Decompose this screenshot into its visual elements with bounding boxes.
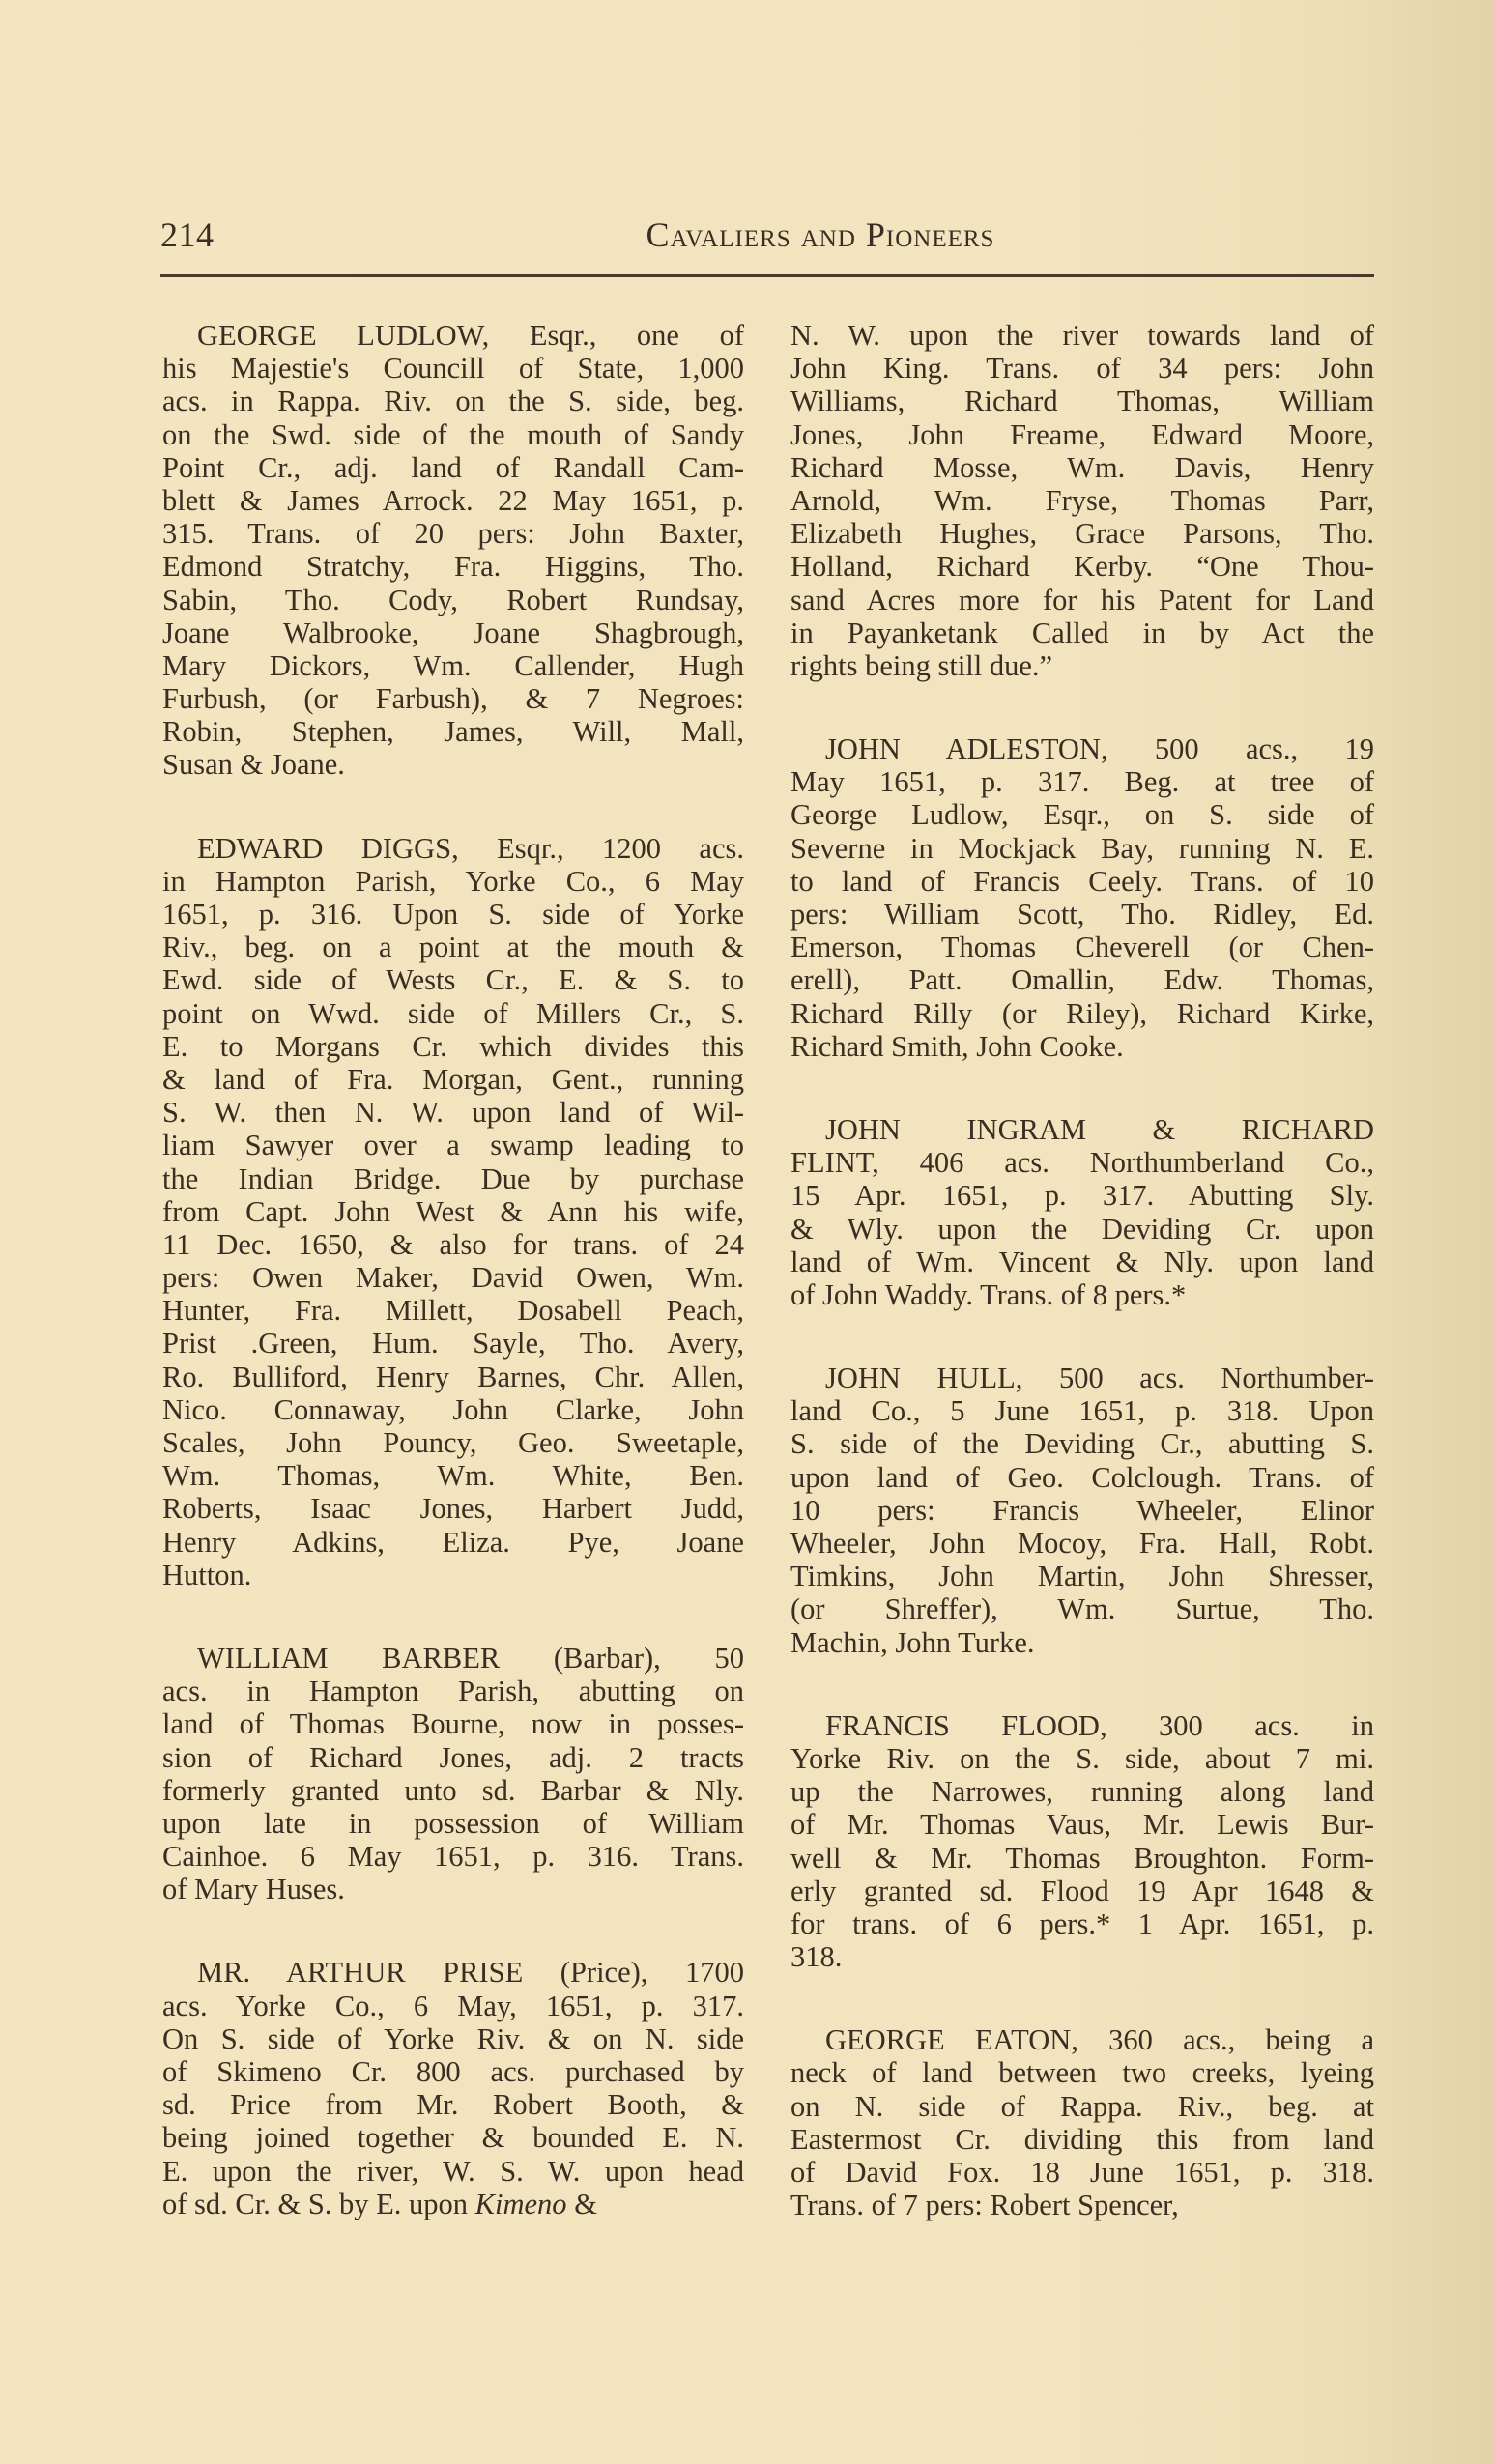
text-line: Robin, Stephen, James, Will, Mall, — [162, 715, 744, 748]
italic-place-name: Kimeno — [475, 2188, 567, 2220]
text-line: erly granted sd. Flood 19 Apr 1648 & — [790, 1875, 1374, 1907]
left-column: GEORGE LUDLOW, Esqr., one ofhis Majestie… — [162, 319, 744, 2271]
text-line: Machin, John Turke. — [790, 1626, 1374, 1659]
text-line: JOHN INGRAM & RICHARD — [790, 1113, 1374, 1146]
text-line: 1651, p. 316. Upon S. side of Yorke — [162, 898, 744, 931]
patent-entry: GEORGE LUDLOW, Esqr., one ofhis Majestie… — [162, 319, 744, 782]
text-line: acs. in Rappa. Riv. on the S. side, beg. — [162, 385, 744, 417]
text-line: FRANCIS FLOOD, 300 acs. in — [790, 1709, 1374, 1742]
text-line: Prist .Green, Hum. Sayle, Tho. Avery, — [162, 1327, 744, 1360]
patent-entry: JOHN HULL, 500 acs. Northumber-land Co.,… — [790, 1361, 1374, 1659]
text-line: of sd. Cr. & S. by E. upon Kimeno & — [162, 2188, 744, 2220]
text-line: up the Narrowes, running along land — [790, 1775, 1374, 1808]
text-line: from Capt. John West & Ann his wife, — [162, 1195, 744, 1228]
patent-entry: GEORGE EATON, 360 acs., being aneck of l… — [790, 2023, 1374, 2221]
text-line: his Majestie's Councill of State, 1,000 — [162, 352, 744, 385]
patent-entry: MR. ARTHUR PRISE (Price), 1700acs. Yorke… — [162, 1956, 744, 2220]
text-line: On S. side of Yorke Riv. & on N. side — [162, 2022, 744, 2055]
text-line: 11 Dec. 1650, & also for trans. of 24 — [162, 1228, 744, 1261]
text-line: E. to Morgans Cr. which divides this — [162, 1030, 744, 1063]
patent-entry: JOHN INGRAM & RICHARDFLINT, 406 acs. Nor… — [790, 1113, 1374, 1311]
text-line: land of Wm. Vincent & Nly. upon land — [790, 1246, 1374, 1278]
text-line: acs. Yorke Co., 6 May, 1651, p. 317. — [162, 1990, 744, 2022]
patent-entry: N. W. upon the river towards land ofJohn… — [790, 319, 1374, 682]
text-line: Cainhoe. 6 May 1651, p. 316. Trans. — [162, 1840, 744, 1873]
text-line: formerly granted unto sd. Barbar & Nly. — [162, 1774, 744, 1807]
text-line: E. upon the river, W. S. W. upon head — [162, 2155, 744, 2188]
text-line: Richard Mosse, Wm. Davis, Henry — [790, 451, 1374, 484]
text-line: upon land of Geo. Colclough. Trans. of — [790, 1461, 1374, 1494]
text-line: Trans. of 7 pers: Robert Spencer, — [790, 2189, 1374, 2221]
text-line: EDWARD DIGGS, Esqr., 1200 acs. — [162, 832, 744, 865]
text-line: being joined together & bounded E. N. — [162, 2121, 744, 2154]
text-line: WILLIAM BARBER (Barbar), 50 — [162, 1642, 744, 1675]
text-line: Holland, Richard Kerby. “One Thou- — [790, 550, 1374, 583]
text-line: blett & James Arrock. 22 May 1651, p. — [162, 484, 744, 517]
text-line: to land of Francis Ceely. Trans. of 10 — [790, 865, 1374, 898]
text-line: the Indian Bridge. Due by purchase — [162, 1162, 744, 1195]
text-line: Wm. Thomas, Wm. White, Ben. — [162, 1459, 744, 1492]
text-line: S. W. then N. W. upon land of Wil- — [162, 1096, 744, 1129]
text-line: Roberts, Isaac Jones, Harbert Judd, — [162, 1492, 744, 1525]
text-line: John King. Trans. of 34 pers: John — [790, 352, 1374, 385]
text-line: May 1651, p. 317. Beg. at tree of — [790, 765, 1374, 798]
text-line: Arnold, Wm. Fryse, Thomas Parr, — [790, 484, 1374, 517]
text-line: upon late in possession of William — [162, 1807, 744, 1840]
text-line: on the Swd. side of the mouth of Sandy — [162, 418, 744, 451]
text-line: for trans. of 6 pers.* 1 Apr. 1651, p. — [790, 1907, 1374, 1940]
text-line: erell), Patt. Omallin, Edw. Thomas, — [790, 963, 1374, 996]
patent-entry: FRANCIS FLOOD, 300 acs. inYorke Riv. on … — [790, 1709, 1374, 1974]
text-line: Hutton. — [162, 1559, 744, 1591]
text-line: Wheeler, John Mocoy, Fra. Hall, Robt. — [790, 1527, 1374, 1560]
text-line: of John Waddy. Trans. of 8 pers.* — [790, 1278, 1374, 1311]
text-line: N. W. upon the river towards land of — [790, 319, 1374, 352]
text-line: acs. in Hampton Parish, abutting on — [162, 1675, 744, 1707]
text-line: Williams, Richard Thomas, William — [790, 385, 1374, 417]
text-line: Jones, John Freame, Edward Moore, — [790, 418, 1374, 451]
text-line: Susan & Joane. — [162, 748, 744, 781]
patent-entry: JOHN ADLESTON, 500 acs., 19May 1651, p. … — [790, 732, 1374, 1063]
text-line: Severne in Mockjack Bay, running N. E. — [790, 832, 1374, 865]
text-line: land of Thomas Bourne, now in posses- — [162, 1707, 744, 1740]
text-line: Mary Dickors, Wm. Callender, Hugh — [162, 649, 744, 682]
text-line: Edmond Stratchy, Fra. Higgins, Tho. — [162, 550, 744, 583]
patent-entry: WILLIAM BARBER (Barbar), 50acs. in Hampt… — [162, 1642, 744, 1906]
text-line: GEORGE EATON, 360 acs., being a — [790, 2023, 1374, 2056]
text-line: Henry Adkins, Eliza. Pye, Joane — [162, 1526, 744, 1559]
text-line: sion of Richard Jones, adj. 2 tracts — [162, 1741, 744, 1774]
text-line: Point Cr., adj. land of Randall Cam- — [162, 451, 744, 484]
text-line: sand Acres more for his Patent for Land — [790, 584, 1374, 616]
text-line: GEORGE LUDLOW, Esqr., one of — [162, 319, 744, 352]
text-line: well & Mr. Thomas Broughton. Form- — [790, 1842, 1374, 1875]
text-line: neck of land between two creeks, lyeing — [790, 2056, 1374, 2089]
text-line: of Skimeno Cr. 800 acs. purchased by — [162, 2055, 744, 2088]
text-line: Riv., beg. on a point at the mouth & — [162, 931, 744, 963]
text-line: Nico. Connaway, John Clarke, John — [162, 1393, 744, 1426]
right-column: N. W. upon the river towards land ofJohn… — [790, 319, 1374, 2272]
text-line: Ro. Bulliford, Henry Barnes, Chr. Allen, — [162, 1361, 744, 1393]
text-line: JOHN HULL, 500 acs. Northumber- — [790, 1361, 1374, 1394]
text-line: Sabin, Tho. Cody, Robert Rundsay, — [162, 584, 744, 616]
text-line: George Ludlow, Esqr., on S. side of — [790, 798, 1374, 831]
text-line: Elizabeth Hughes, Grace Parsons, Tho. — [790, 517, 1374, 550]
text-line: 315. Trans. of 20 pers: John Baxter, — [162, 517, 744, 550]
text-run: of sd. Cr. & S. by E. upon — [162, 2188, 475, 2220]
text-line: & Wly. upon the Deviding Cr. upon — [790, 1213, 1374, 1246]
text-line: Eastermost Cr. dividing this from land — [790, 2123, 1374, 2156]
text-line: 10 pers: Francis Wheeler, Elinor — [790, 1494, 1374, 1527]
text-line: of Mary Huses. — [162, 1873, 744, 1905]
text-line: Scales, John Pouncy, Geo. Sweetaple, — [162, 1426, 744, 1459]
text-line: (or Shreffer), Wm. Surtue, Tho. — [790, 1592, 1374, 1625]
text-line: sd. Price from Mr. Robert Booth, & — [162, 2088, 744, 2121]
text-line: 318. — [790, 1940, 1374, 1973]
text-line: MR. ARTHUR PRISE (Price), 1700 — [162, 1956, 744, 1989]
text-line: point on Wwd. side of Millers Cr., S. — [162, 997, 744, 1030]
text-line: S. side of the Deviding Cr., abutting S. — [790, 1427, 1374, 1460]
text-line: Richard Rilly (or Riley), Richard Kirke, — [790, 997, 1374, 1030]
text-line: land Co., 5 June 1651, p. 318. Upon — [790, 1394, 1374, 1427]
text-line: Emerson, Thomas Cheverell (or Chen- — [790, 931, 1374, 963]
text-line: rights being still due.” — [790, 649, 1374, 682]
running-title: Cavaliers and Pioneers — [160, 215, 1374, 255]
text-run: & — [567, 2188, 597, 2220]
text-line: Furbush, (or Farbush), & 7 Negroes: — [162, 682, 744, 715]
text-line: pers: William Scott, Tho. Ridley, Ed. — [790, 898, 1374, 931]
text-line: Ewd. side of Wests Cr., E. & S. to — [162, 963, 744, 996]
text-line: pers: Owen Maker, David Owen, Wm. — [162, 1261, 744, 1294]
header-rule — [160, 274, 1374, 277]
text-line: Timkins, John Martin, John Shresser, — [790, 1560, 1374, 1592]
text-line: JOHN ADLESTON, 500 acs., 19 — [790, 732, 1374, 765]
text-line: Richard Smith, John Cooke. — [790, 1030, 1374, 1063]
text-line: on N. side of Rappa. Riv., beg. at — [790, 2090, 1374, 2123]
text-line: in Payanketank Called in by Act the — [790, 616, 1374, 649]
running-header: 214 Cavaliers and Pioneers — [160, 215, 1374, 253]
text-line: 15 Apr. 1651, p. 317. Abutting Sly. — [790, 1179, 1374, 1212]
patent-entry: EDWARD DIGGS, Esqr., 1200 acs.in Hampton… — [162, 832, 744, 1591]
text-line: liam Sawyer over a swamp leading to — [162, 1129, 744, 1161]
text-line: in Hampton Parish, Yorke Co., 6 May — [162, 865, 744, 898]
text-line: Yorke Riv. on the S. side, about 7 mi. — [790, 1742, 1374, 1775]
text-line: of David Fox. 18 June 1651, p. 318. — [790, 2156, 1374, 2189]
text-line: FLINT, 406 acs. Northumberland Co., — [790, 1146, 1374, 1179]
text-line: of Mr. Thomas Vaus, Mr. Lewis Bur- — [790, 1808, 1374, 1841]
text-line: Hunter, Fra. Millett, Dosabell Peach, — [162, 1294, 744, 1327]
text-line: & land of Fra. Morgan, Gent., running — [162, 1063, 744, 1096]
text-line: Joane Walbrooke, Joane Shagbrough, — [162, 616, 744, 649]
